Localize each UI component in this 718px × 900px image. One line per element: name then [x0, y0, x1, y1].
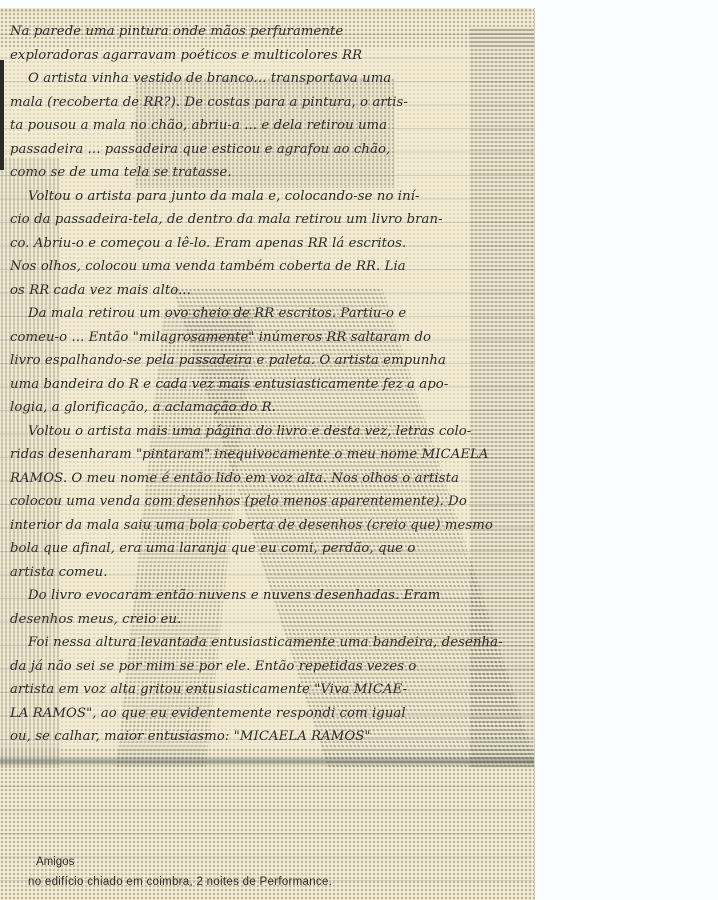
text-line: logia, a glorificação, a aclamação do R.: [10, 396, 530, 420]
text-line: artista comeu.: [10, 561, 530, 585]
text-line: Na parede uma pintura onde mãos perfuram…: [10, 20, 530, 44]
page-edge-mark: [0, 60, 4, 170]
text-line: artista em voz alta gritou entusiasticam…: [10, 678, 530, 702]
text-line: RAMOS. O meu nome é então lido em voz al…: [10, 467, 530, 491]
text-line: comeu-o ... Então "milagrosamente" inúme…: [10, 326, 530, 350]
caption-text: no edifício chiado em coimbra, 2 noites …: [28, 872, 528, 892]
text-line: colocou uma venda com desenhos (pelo men…: [10, 490, 530, 514]
text-line: Nos olhos, colocou uma venda também cobe…: [10, 255, 530, 279]
text-line: passadeira ... passadeira que esticou e …: [10, 138, 530, 162]
caption-title: Amigos: [28, 852, 528, 872]
text-line: Voltou o artista para junto da mala e, c…: [10, 185, 530, 209]
text-line: bola que afinal, era uma laranja que eu …: [10, 537, 530, 561]
text-line: Voltou o artista mais uma página do livr…: [10, 420, 530, 444]
text-line: Da mala retirou um ovo cheio de RR escri…: [10, 302, 530, 326]
text-line: co. Abriu-o e começou a lê-lo. Eram apen…: [10, 232, 530, 256]
text-line: mala (recoberta de RR?). De costas para …: [10, 91, 530, 115]
handwritten-text: Na parede uma pintura onde mãos perfuram…: [10, 20, 530, 749]
text-line: ridas desenharam "pintaram" inequivocame…: [10, 443, 530, 467]
text-line: O artista vinha vestido de branco... tra…: [10, 67, 530, 91]
text-line: Do livro evocaram então nuvens e nuvens …: [10, 584, 530, 608]
text-line: interior da mala saiu uma bola coberta d…: [10, 514, 530, 538]
text-line: como se de uma tela se tratasse.: [10, 161, 530, 185]
text-line: Foi nessa altura levantada entusiasticam…: [10, 631, 530, 655]
text-line: cio da passadeira-tela, de dentro da mal…: [10, 208, 530, 232]
manuscript-page: Na parede uma pintura onde mãos perfuram…: [0, 8, 534, 900]
text-line: da já não sei se por mim se por ele. Ent…: [10, 655, 530, 679]
text-line: ou, se calhar, maior entusiasmo: "MICAEL…: [10, 725, 530, 749]
text-line: LA RAMOS", ao que eu evidentemente respo…: [10, 702, 530, 726]
text-line: ta pousou a mala no chão, abriu-a ... e …: [10, 114, 530, 138]
text-line: livro espalhando-se pela passadeira e pa…: [10, 349, 530, 373]
photo-horizon-strip: [0, 756, 534, 766]
caption: Amigos no edifício chiado em coimbra, 2 …: [28, 852, 528, 892]
text-line: uma bandeira do R e cada vez mais entusi…: [10, 373, 530, 397]
text-line: exploradoras agarravam poéticos e multic…: [10, 44, 530, 68]
text-line: desenhos meus, creio eu.: [10, 608, 530, 632]
text-line: os RR cada vez mais alto...: [10, 279, 530, 303]
